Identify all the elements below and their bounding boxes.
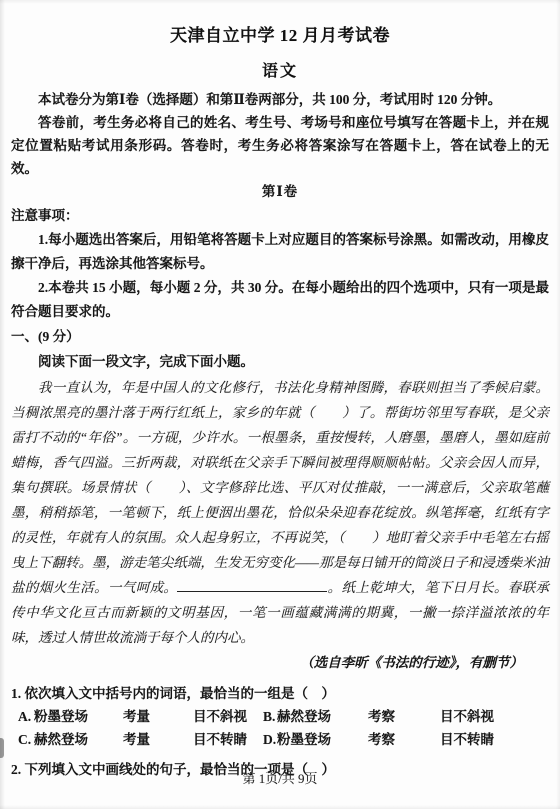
exam-subject: 语文: [0, 62, 560, 82]
option-c-word-2: 考量: [123, 728, 193, 751]
option-b-word-1: 赫然登场: [277, 705, 368, 728]
exam-title: 天津自立中学 12 月月考试卷: [0, 0, 560, 46]
note-item-1: 1.每小题选出答案后，用铅笔将答题卡上对应题目的答案标号涂黑。如需改动，用橡皮擦…: [11, 228, 549, 276]
option-c-word-1: 赫然登场: [34, 728, 123, 751]
option-d-label: D.: [263, 728, 277, 751]
option-b-label: B.: [263, 705, 277, 728]
passage-text-before-blank: 我一直认为，年是中国人的文化修行，书法化身精神图腾，春联则担当了季候启蒙。当稠浓…: [11, 380, 549, 595]
question-1-options-row-2: C. 赫然登场 考量 目不转睛 D. 粉墨登场 考察 目不转睛: [11, 728, 549, 751]
reading-passage: 我一直认为，年是中国人的文化修行，书法化身精神图腾，春联则担当了季候启蒙。当稠浓…: [11, 375, 549, 650]
page-number-footer: 第 1页/共 9页: [0, 770, 560, 788]
scan-smudge-artifact: [0, 738, 4, 758]
section-one-heading: 一、(9 分）: [11, 324, 549, 349]
exam-body: 本试卷分为第Ⅰ卷（选择题）和第Ⅱ卷两部分，共 100 分，考试用时 120 分钟…: [0, 88, 560, 781]
option-a-word-2: 考量: [123, 705, 193, 728]
question-1-options-row-1: A. 粉墨登场 考量 目不斜视 B. 赫然登场 考察 目不斜视: [11, 705, 549, 728]
exam-intro-line-2: 答卷前，考生务必将自己的姓名、考生号、考场号和座位号填写在答题卡上，并在规定位置…: [11, 111, 549, 180]
option-d-word-3: 目不转睛: [440, 728, 549, 751]
volume-heading: 第Ⅰ卷: [11, 180, 549, 204]
note-item-2: 2.本卷共 15 小题，每小题 2 分，共 30 分。在每小题给出的四个选项中，…: [11, 276, 549, 324]
reading-instruction: 阅读下面一段文字，完成下面小题。: [11, 349, 549, 375]
option-d-word-2: 考察: [368, 728, 440, 751]
option-a-word-3: 目不斜视: [193, 705, 263, 728]
question-1-stem: 1. 依次填入文中括号内的词语，最恰当的一组是（ ）: [11, 682, 549, 705]
exam-paper-page: 天津自立中学 12 月月考试卷 语文 本试卷分为第Ⅰ卷（选择题）和第Ⅱ卷两部分，…: [0, 0, 560, 809]
fill-in-blank-line: [177, 587, 327, 592]
exam-intro-line-1: 本试卷分为第Ⅰ卷（选择题）和第Ⅱ卷两部分，共 100 分，考试用时 120 分钟…: [11, 88, 549, 111]
option-a-word-1: 粉墨登场: [34, 705, 123, 728]
option-c-word-3: 目不转睛: [193, 728, 263, 751]
option-d-word-1: 粉墨登场: [277, 728, 368, 751]
option-c-label: C.: [18, 728, 34, 751]
option-b-word-3: 目不斜视: [440, 705, 549, 728]
option-b-word-2: 考察: [368, 705, 440, 728]
passage-source-attribution: （选自李昕《书法的行迹》，有删节）: [11, 650, 549, 676]
option-a-label: A.: [18, 705, 34, 728]
notes-heading: 注意事项：: [11, 204, 549, 228]
